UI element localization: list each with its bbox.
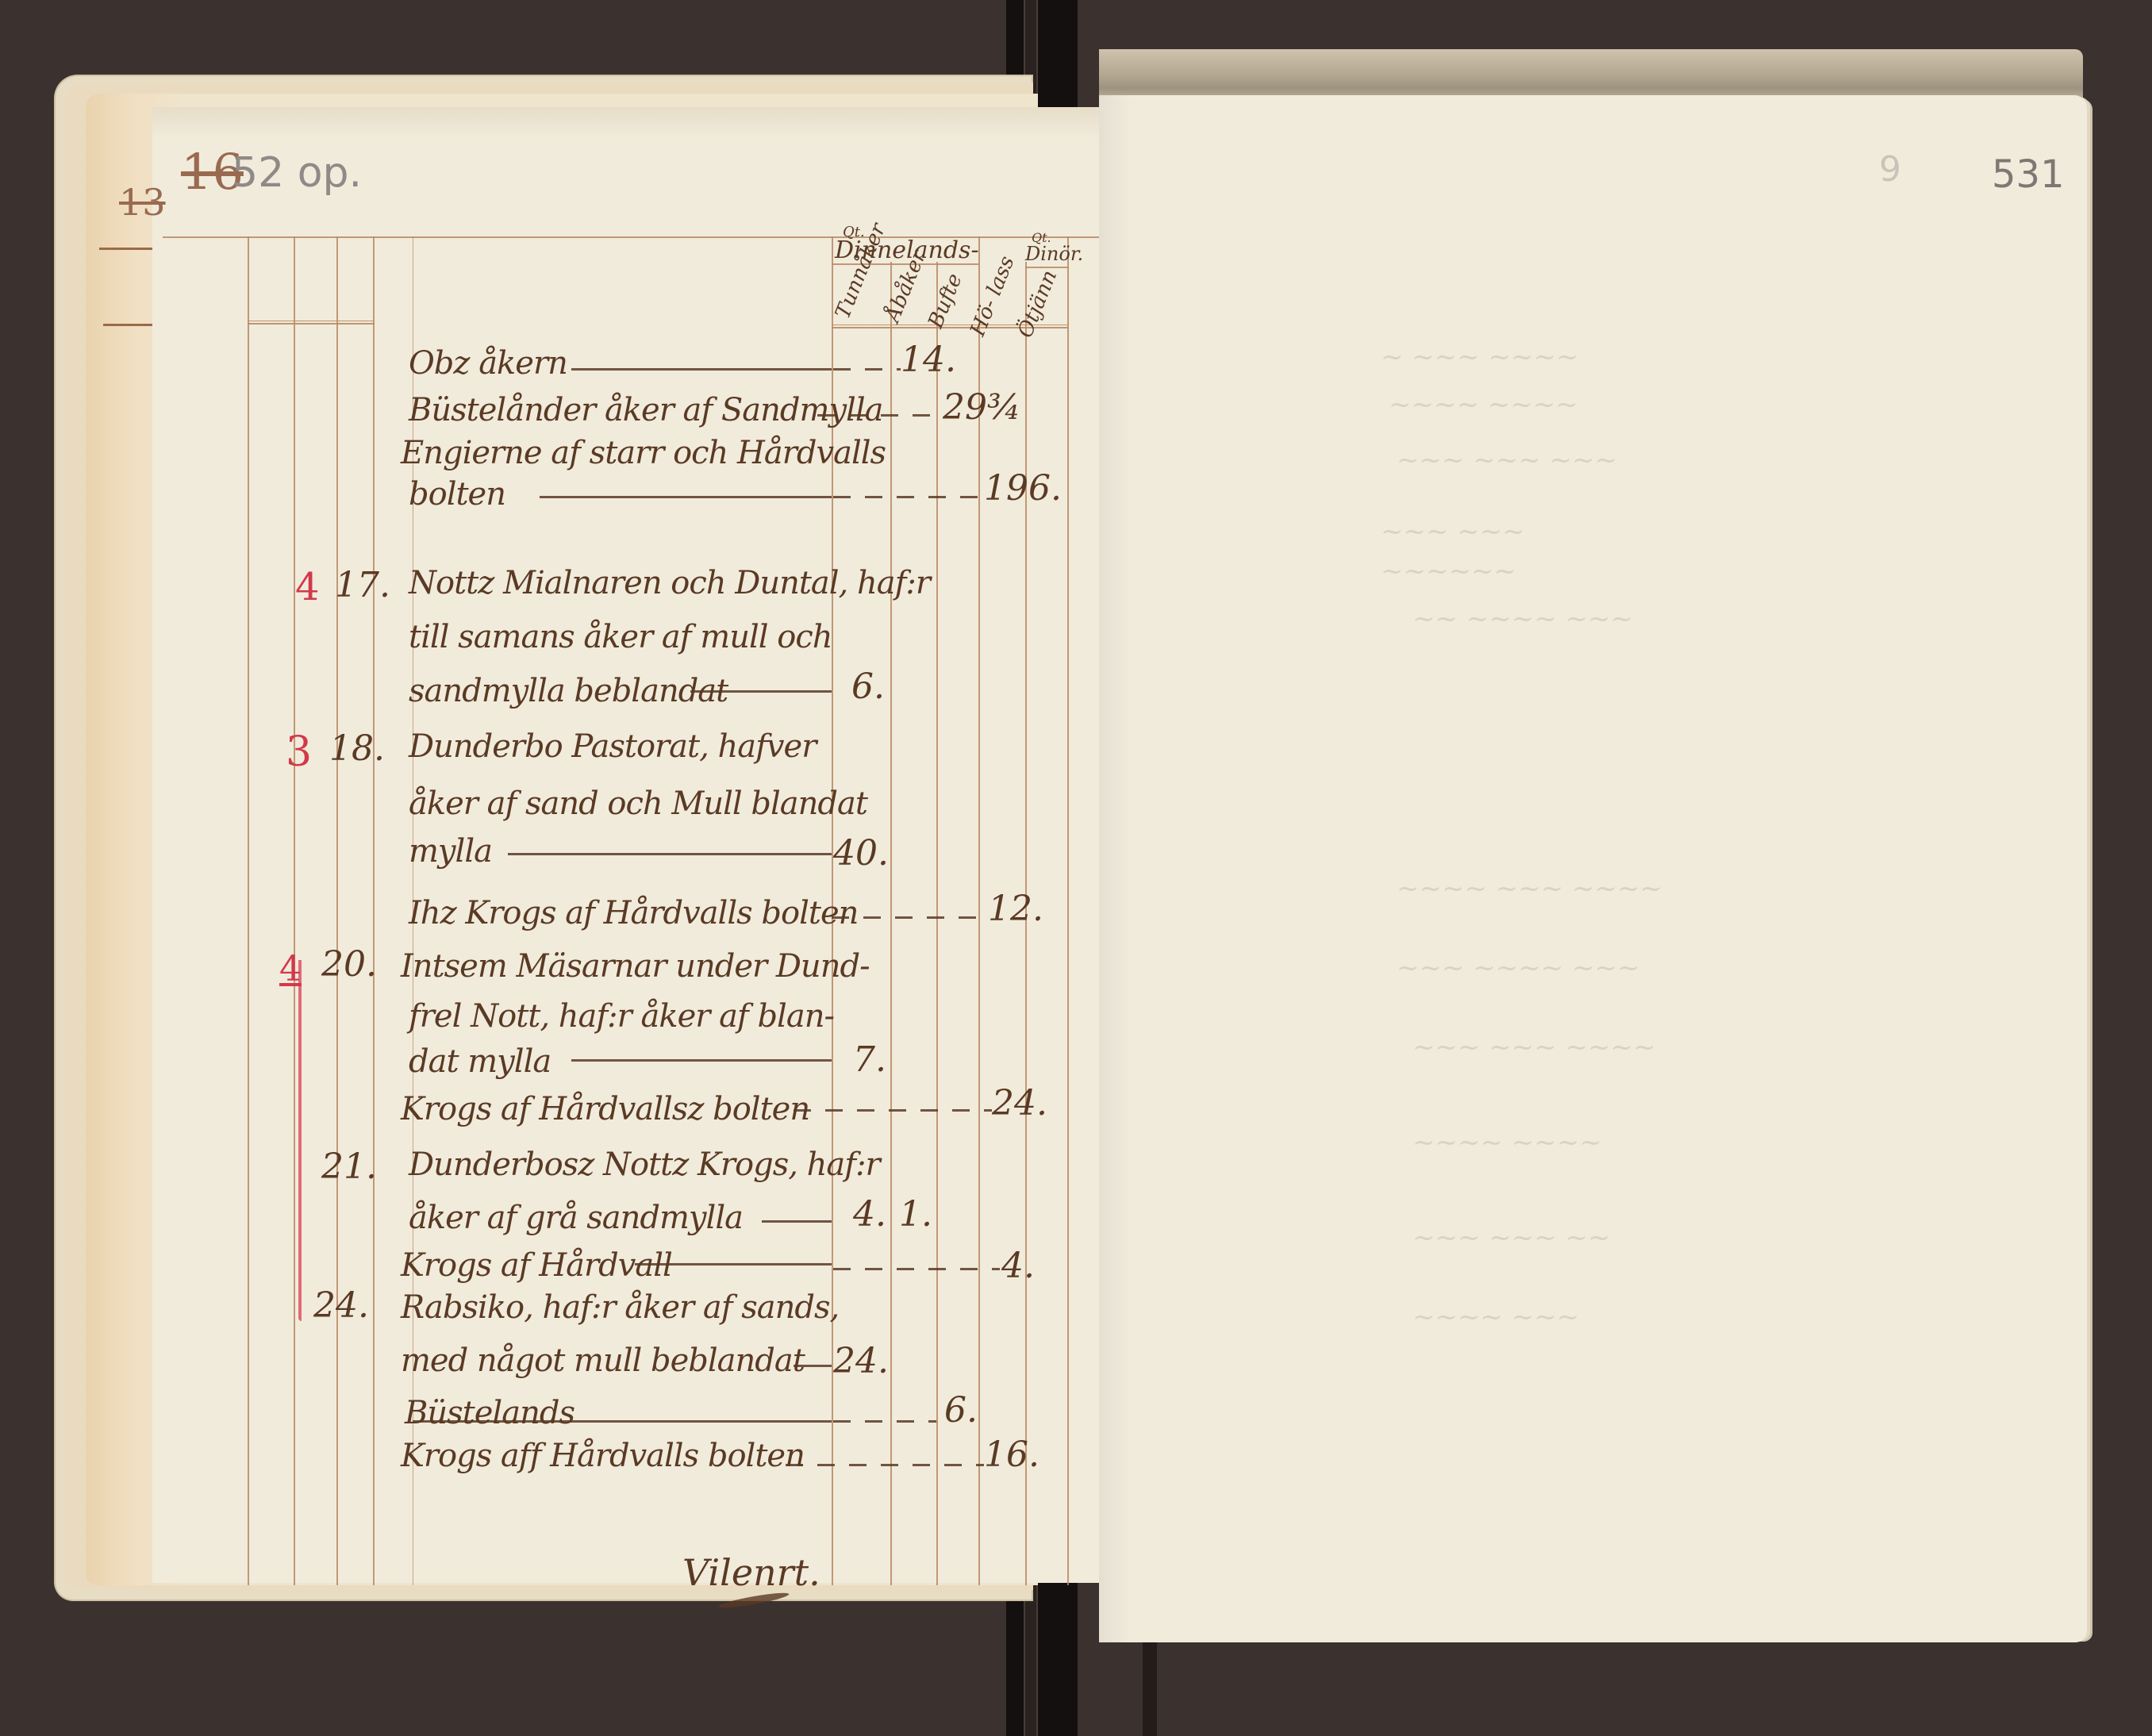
- leader-line: [571, 1059, 832, 1062]
- entry-number: 20.: [321, 944, 377, 985]
- entry-line: frel Nott, haf:r åker af blan-: [409, 998, 834, 1035]
- value-c5: 4.: [1001, 1246, 1035, 1286]
- entry-line: bolten: [409, 476, 505, 513]
- bleed-through-text: ~~~ ~~~ ~~: [1412, 1222, 1611, 1254]
- leader-dash: [817, 414, 940, 417]
- entry-line: Ihz Krogs af Hårdvalls bolten: [409, 895, 858, 931]
- value-c5: 24.: [992, 1083, 1047, 1123]
- margin-rule-3: [336, 236, 338, 1585]
- red-marker: 3: [286, 728, 312, 776]
- pencil-reference: 52 op.: [232, 149, 362, 197]
- col-rule-3: [936, 262, 938, 1585]
- value-c3: 29¾: [943, 387, 1021, 428]
- leader-line: [413, 1420, 832, 1423]
- red-bracket: [298, 960, 302, 1321]
- underlying-page-rule: [99, 248, 155, 250]
- leader-line: [635, 1263, 832, 1266]
- bleed-through-text: ~~~ ~~~ ~~~~: [1412, 1031, 1656, 1063]
- leader-dash: [833, 496, 988, 498]
- value-c2: 1.: [899, 1194, 932, 1235]
- entry-line: Nottz Mialnaren och Duntal, haf:r: [409, 565, 930, 601]
- bleed-through-text: ~~~ ~~~ ~~~: [1397, 444, 1617, 476]
- right-page: [1099, 95, 2087, 1642]
- value-c1: 7.: [853, 1039, 886, 1080]
- entry-line: Krogs af Hårdvall: [401, 1247, 672, 1284]
- entry-number: 21.: [321, 1146, 377, 1187]
- value-c2: 14.: [901, 340, 956, 380]
- folio-number: 531: [1992, 152, 2065, 197]
- leader-line: [508, 853, 832, 855]
- signature: Vilenrt.: [682, 1551, 820, 1594]
- entry-line: Büstelånder åker af Sandmylla: [409, 392, 882, 428]
- bleed-through-text: ~~~~ ~~~: [1412, 1301, 1579, 1333]
- entry-number: 17.: [335, 565, 390, 605]
- leader-dash: [833, 368, 901, 371]
- value-c1: 24.: [833, 1341, 889, 1381]
- entry-line: Büstelands: [405, 1395, 575, 1431]
- entry-line: Rabsiko, haf:r åker af sands,: [401, 1289, 839, 1326]
- col-rule-4: [978, 236, 980, 1585]
- entry-line: Krogs aff Hårdvalls bolten: [401, 1438, 805, 1474]
- value-c5: 196.: [984, 468, 1062, 509]
- margin-rule-1: [248, 236, 249, 1585]
- margin-header-rule: [248, 321, 375, 325]
- leader-line: [540, 496, 832, 498]
- entry-line: Krogs af Hårdvallsz bolten: [401, 1091, 809, 1127]
- bleed-through-text: ~~~~ ~~~~: [1389, 389, 1578, 421]
- bleed-through-text: ~ ~~~ ~~~~: [1381, 341, 1579, 373]
- bleed-through-text: ~~~ ~~~: [1381, 516, 1525, 547]
- value-c1: 40.: [833, 833, 889, 874]
- entry-line: dat mylla: [409, 1043, 551, 1080]
- header-group2-sup: Qt.: [1032, 230, 1051, 245]
- entry-line: med något mull beblandat: [401, 1342, 805, 1379]
- bleed-through-text: ~~~~ ~~~ ~~~~: [1397, 873, 1662, 904]
- value-c5: 12.: [988, 889, 1043, 929]
- entry-line: Dunderbosz Nottz Krogs, haf:r: [409, 1146, 880, 1183]
- leader-line: [690, 690, 832, 693]
- entry-line: till samans åker af mull och: [409, 619, 832, 655]
- leader-dash: [794, 1109, 992, 1112]
- margin-rule-2: [294, 236, 295, 1585]
- entry-line: mylla: [409, 833, 492, 870]
- value-c1: 6.: [851, 666, 885, 707]
- bleed-through-text: ~~~~~~: [1381, 555, 1516, 587]
- entry-line: Dunderbo Pastorat, hafver: [409, 728, 816, 765]
- header-group2-label: Dinör.: [1025, 243, 1083, 265]
- leader-dash: [786, 1464, 984, 1466]
- leader-dash: [833, 1420, 936, 1423]
- bleed-through-text: ~~~~ ~~~~: [1412, 1127, 1602, 1158]
- group2-underline: [1025, 267, 1069, 268]
- leader-line: [794, 1365, 832, 1367]
- entry-line: Obz åkern: [409, 345, 567, 382]
- col-rule-2: [890, 262, 892, 1585]
- faint-folio-mark: 9: [1879, 149, 1901, 190]
- entry-line: sandmylla beblandat: [409, 673, 728, 709]
- entry-line: åker af grå sandmylla: [409, 1200, 743, 1236]
- value-c1: 4.: [853, 1194, 886, 1235]
- bleed-through-text: ~~~ ~~~~ ~~~: [1397, 952, 1640, 984]
- entry-line: Intsem Mäsarnar under Dund-: [401, 948, 870, 985]
- struck-page-number-outer: 13: [119, 181, 166, 224]
- bleed-through-text: ~~ ~~~~ ~~~: [1412, 603, 1633, 635]
- red-marker: 4: [295, 565, 320, 609]
- col-rule-6: [1067, 236, 1069, 1585]
- entry-number: 18.: [329, 728, 385, 769]
- entry-number: 24.: [313, 1285, 369, 1326]
- leader-dash: [833, 1268, 1000, 1270]
- underlying-page-rule: [103, 324, 155, 326]
- margin-rule-4: [373, 236, 375, 1585]
- red-marker: 4: [279, 949, 302, 989]
- leader-line: [571, 368, 832, 371]
- leader-line: [762, 1220, 832, 1223]
- leader-dash: [832, 916, 990, 919]
- value-c5: 16.: [984, 1435, 1039, 1475]
- value-c4: 6.: [944, 1390, 978, 1431]
- entry-line: åker af sand och Mull blandat: [409, 785, 867, 822]
- entry-line: Engierne af starr och Hårdvalls: [401, 435, 886, 471]
